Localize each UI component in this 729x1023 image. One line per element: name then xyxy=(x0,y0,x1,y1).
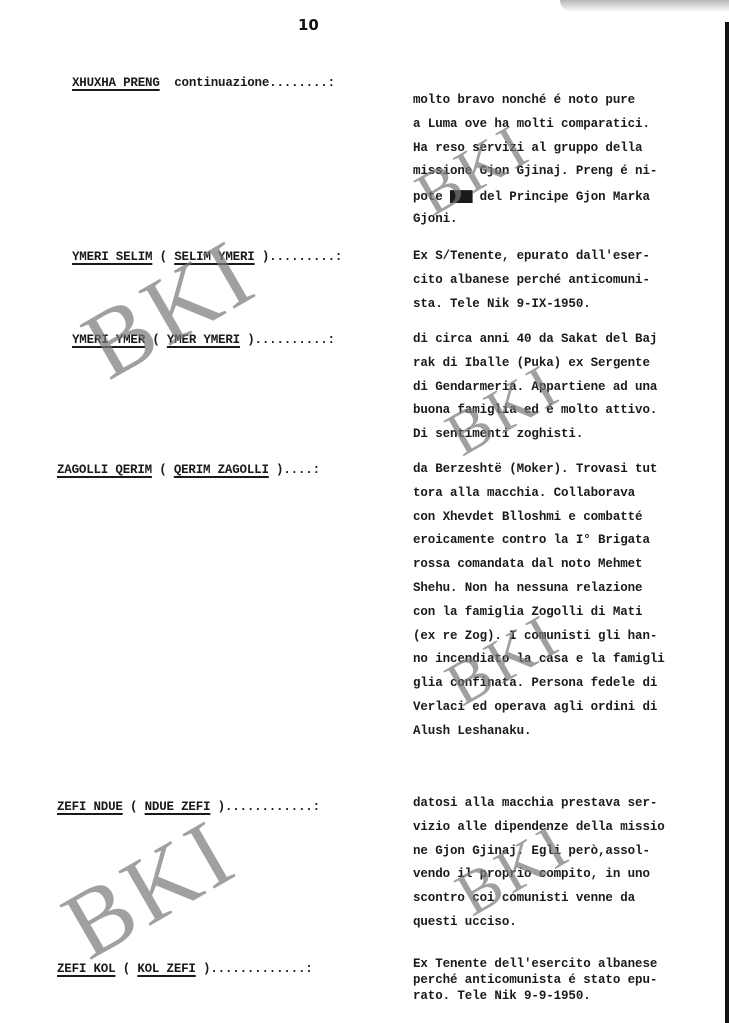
given-first: NDUE ZEFI xyxy=(145,800,211,814)
leader-dots: ....: xyxy=(283,463,320,477)
entry-label: ZEFI KOL ( KOL ZEFI ).............: xyxy=(57,962,313,976)
given-first: YMER YMERI xyxy=(167,333,240,347)
desc-line: Ex S/Tenente, epurato dall'eser- xyxy=(413,249,728,273)
entry-label: ZAGOLLI QERIM ( QERIM ZAGOLLI )....: xyxy=(57,463,320,477)
surname-first: ZAGOLLI QERIM xyxy=(57,463,152,477)
watermark: BKI xyxy=(65,216,274,401)
entry-label: YMERI YMER ( YMER YMERI )..........: xyxy=(72,333,335,347)
desc-line: glia confinata. Persona fedele di xyxy=(413,676,728,700)
desc-line: con Xhevdet Blloshmi e combatté xyxy=(413,510,728,534)
watermark: BKI xyxy=(45,796,254,981)
desc-line: Di sentimenti zoghisti. xyxy=(413,427,728,451)
desc-line: missione Gjon Gjinaj. Preng é ni- xyxy=(413,164,728,188)
entry-description: molto bravo nonché é noto pure a Luma ov… xyxy=(413,93,728,236)
page-number: 10 xyxy=(298,16,319,34)
given-first: SELIM YMERI xyxy=(174,250,254,264)
entry-description: di circa anni 40 da Sakat del Baj rak di… xyxy=(413,332,728,451)
given-first: KOL ZEFI xyxy=(137,962,195,976)
surname-first: YMERI YMER xyxy=(72,333,145,347)
desc-line: tora alla macchia. Collaborava xyxy=(413,486,728,510)
desc-line: datosi alla macchia prestava ser- xyxy=(413,796,728,820)
desc-line: questi ucciso. xyxy=(413,915,728,939)
desc-line: (ex re Zog). I comunisti gli han- xyxy=(413,629,728,653)
desc-line: di Gendarmeria. Appartiene ad una xyxy=(413,380,728,404)
desc-line: eroicamente contro la I° Brigata xyxy=(413,533,728,557)
desc-line: scontro coi comunisti venne da xyxy=(413,891,728,915)
entry-description: datosi alla macchia prestava ser- vizio … xyxy=(413,796,728,939)
leader-dots: ............: xyxy=(225,800,320,814)
entry-description: Ex S/Tenente, epurato dall'eser- cito al… xyxy=(413,249,728,320)
desc-line: ne Gjon Gjinaj. Egli però,assol- xyxy=(413,844,728,868)
desc-line: molto bravo nonché é noto pure xyxy=(413,93,728,117)
desc-line: vizio alle dipendenze della missio xyxy=(413,820,728,844)
entry-description: da Berzeshtë (Moker). Trovasi tut tora a… xyxy=(413,462,728,748)
desc-line: rossa comandata dal noto Mehmet xyxy=(413,557,728,581)
desc-line: sta. Tele Nik 9-IX-1950. xyxy=(413,297,728,321)
leader-dots: .........: xyxy=(269,250,342,264)
given-first: QERIM ZAGOLLI xyxy=(174,463,269,477)
desc-line: buona famiglia ed é molto attivo. xyxy=(413,403,728,427)
surname-first: ZEFI KOL xyxy=(57,962,115,976)
desc-line: di circa anni 40 da Sakat del Baj xyxy=(413,332,728,356)
surname-first: YMERI SELIM xyxy=(72,250,152,264)
desc-line: Verlaci ed operava agli ordini di xyxy=(413,700,728,724)
leader-dots: ..........: xyxy=(255,333,335,347)
desc-line: Shehu. Non ha nessuna relazione xyxy=(413,581,728,605)
desc-line: no incendiato la casa e la famigli xyxy=(413,652,728,676)
scan-edge-shadow xyxy=(560,0,729,12)
desc-line: rak di Iballe (Puka) ex Sergente xyxy=(413,356,728,380)
surname-first: ZEFI NDUE xyxy=(57,800,123,814)
leader-dots: ........: xyxy=(269,76,335,90)
leader-dots: .............: xyxy=(210,962,312,976)
entry-description: Ex Tenente dell'esercito albanese perché… xyxy=(413,957,728,1005)
entry-label: YMERI SELIM ( SELIM YMERI ).........: xyxy=(72,250,342,264)
entry-label: ZEFI NDUE ( NDUE ZEFI )............: xyxy=(57,800,320,814)
desc-line: cito albanese perché anticomuni- xyxy=(413,273,728,297)
desc-line: Alush Leshanaku. xyxy=(413,724,728,748)
desc-line: pote ▇▇▇ del Principe Gjon Marka xyxy=(413,188,728,212)
desc-line: Ha reso servizi al gruppo della xyxy=(413,141,728,165)
desc-line: da Berzeshtë (Moker). Trovasi tut xyxy=(413,462,728,486)
desc-line: rato. Tele Nik 9-9-1950. xyxy=(413,989,728,1005)
desc-line: Gjoni. xyxy=(413,212,728,236)
surname-first: XHUXHA PRENG xyxy=(72,76,160,90)
continuation-note: continuazione xyxy=(174,76,269,90)
desc-line: Ex Tenente dell'esercito albanese xyxy=(413,957,728,973)
desc-line: vendo il proprio compito, in uno xyxy=(413,867,728,891)
desc-line: a Luma ove ha molti comparatici. xyxy=(413,117,728,141)
desc-line: con la famiglia Zogolli di Mati xyxy=(413,605,728,629)
desc-line: perché anticomunista é stato epu- xyxy=(413,973,728,989)
entry-label: XHUXHA PRENG continuazione........: xyxy=(72,76,335,90)
